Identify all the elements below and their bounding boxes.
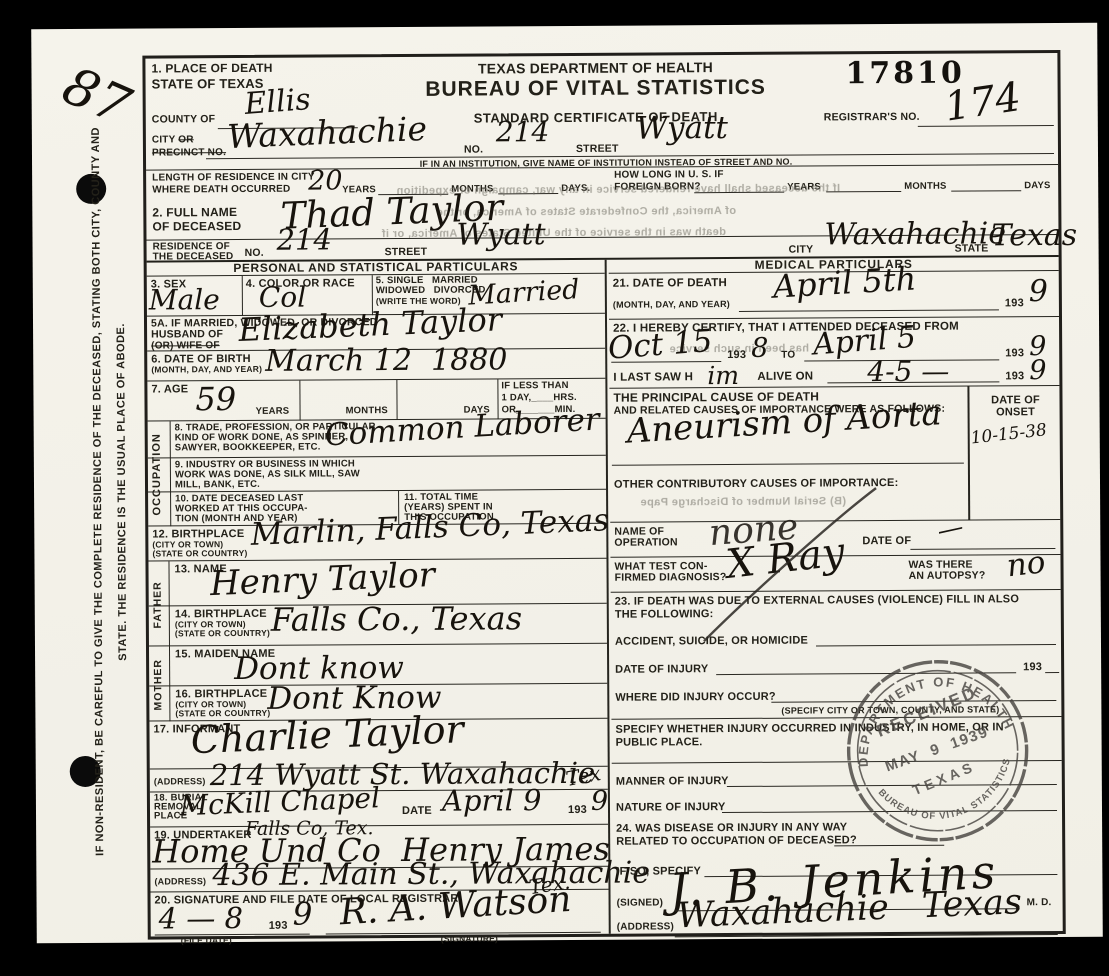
specify-line2: PUBLIC PLACE.: [616, 736, 703, 749]
burial-row: 18. BURIAL REMOVAL PLACE McKill Chapel F…: [150, 790, 608, 828]
no-label: NO.: [464, 145, 483, 157]
q24-line1: 24. WAS DISEASE OR INJURY IN ANY WAY: [616, 821, 847, 835]
dod-label: 21. DATE OF DEATH: [613, 277, 727, 291]
place-of-death-label: 1. PLACE OF DEATH: [151, 62, 272, 76]
q24-line2: RELATED TO OCCUPATION OF DECEASED?: [616, 834, 857, 848]
margin-note-line2: STATE. THE RESIDENCE IS THE USUAL PLACE …: [113, 47, 130, 937]
registrar-signature-row: 20. SIGNATURE AND FILE DATE OF LOCAL REG…: [150, 890, 608, 937]
industry-row: 9. INDUSTRY OR BUSINESS IN WHICH WORK WA…: [148, 456, 606, 493]
to-label: TO: [781, 350, 795, 361]
dob-line2: (MONTH, DAY, AND YEAR): [151, 365, 262, 375]
dod-underline: [739, 309, 999, 312]
birthplace-row: 12. BIRTHPLACE (CITY OR TOWN) (STATE OR …: [148, 524, 606, 562]
us-days-writeline: [951, 179, 1021, 191]
burial-date-label: DATE: [402, 805, 432, 817]
father-name-handwritten: Henry Taylor: [209, 558, 435, 601]
from-year-printed: 193: [727, 349, 746, 361]
to-year-printed: 193: [1005, 347, 1024, 359]
pen-stroke-mark: [688, 482, 889, 648]
dod-year-digit-handwritten: 9: [1029, 277, 1048, 307]
dob-value-handwritten: March 12 1880: [265, 345, 507, 376]
registrar-no-label: REGISTRAR'S NO.: [824, 112, 920, 124]
certificate-form: 1. PLACE OF DEATH STATE OF TEXAS TEXAS D…: [142, 50, 1065, 940]
father-bp-handwritten: Falls Co., Texas: [271, 602, 522, 636]
lastsaw-pre-label: I LAST SAW H: [613, 371, 693, 384]
date-of-death-row: 21. DATE OF DEATH (MONTH, DAY, AND YEAR)…: [609, 271, 1059, 320]
city-value-handwritten: Waxahachie: [227, 112, 428, 153]
scanned-death-certificate: 87 IF NON-RESIDENT, BE CAREFUL TO GIVE T…: [0, 0, 1109, 976]
res-no-label: NO.: [245, 248, 264, 260]
header-section: 1. PLACE OF DEATH STATE OF TEXAS TEXAS D…: [145, 53, 1058, 171]
physician-address-row: (ADDRESS) Waxahachie Texas: [613, 911, 1063, 934]
received-stamp: DEPARTMENT OF HEALTH BUREAU OF VITAL STA…: [839, 647, 1036, 854]
lastsaw-post-label: ALIVE ON: [757, 370, 813, 383]
from-underline: [611, 361, 721, 363]
res-city-label: CITY: [789, 244, 814, 256]
res-street-handwritten: Wyatt: [456, 220, 545, 251]
lastsaw-year-digit-handwritten: 9: [1029, 357, 1046, 384]
length-line2: WHERE DEATH OCCURRED: [152, 184, 290, 196]
signed-label: (SIGNED): [617, 897, 664, 908]
onset-line1: DATE OF: [969, 394, 1061, 407]
certificate-paper: 87 IF NON-RESIDENT, BE CAREFUL TO GIVE T…: [31, 23, 1103, 943]
dod-monthdayyear: (MONTH, DAY, AND YEAR): [613, 299, 730, 310]
lastsaw-year-printed: 193: [1005, 370, 1024, 382]
manner-label: MANNER OF INJURY: [616, 775, 729, 788]
house-no-handwritten: 214: [496, 118, 550, 146]
injury-date-label: DATE OF INJURY: [615, 663, 708, 676]
sex-value-handwritten: Male: [149, 286, 220, 314]
father-bp-stateorcountry: (STATE OR COUNTRY): [175, 629, 270, 639]
dod-value-handwritten: April 5th: [772, 262, 917, 302]
attended-dates-row: Oct 15 193 8 TO April 5 193 9: [609, 339, 1059, 368]
street-value-handwritten: Wyatt: [636, 113, 728, 145]
attended-from-handwritten: Oct 15: [607, 326, 714, 365]
us-months-label: MONTHS: [904, 182, 946, 193]
burial-year-printed: 193: [568, 804, 587, 816]
birthplace-stateorcountry: (STATE OR COUNTRY): [152, 549, 247, 559]
nature-label: NATURE OF INJURY: [616, 801, 726, 814]
fullname-line1: 2. FULL NAME: [152, 206, 237, 220]
certificate-title: STANDARD CERTIFICATE OF DEATH: [376, 109, 816, 126]
father-birthplace-row: 14. BIRTHPLACE (CITY OR TOWN) (STATE OR …: [149, 604, 607, 647]
date-of-onset-box: DATE OF ONSET 10-15-38: [967, 386, 1060, 521]
lastsaw-value-handwritten: 4-5 —: [867, 358, 949, 387]
physician-address-label: (ADDRESS): [617, 921, 674, 933]
spouse-value-handwritten: Elizabeth Taylor: [238, 303, 503, 346]
age-years-divider: [299, 381, 300, 421]
file-date-underline: [155, 934, 310, 936]
years-in-city-handwritten: 20: [308, 167, 343, 194]
dob-row: 6. DATE OF BIRTH (MONTH, DAY, AND YEAR) …: [147, 349, 605, 382]
where-label: WHERE DID INJURY OCCUR?: [615, 691, 776, 704]
burial-date-handwritten: April 9: [442, 786, 542, 816]
fullname-line2: OF DECEASED: [152, 220, 241, 234]
signature-caption: (SIGNATURE): [441, 934, 498, 944]
res-state-label: STATE: [955, 243, 989, 255]
from-year-digit-handwritten: 8: [751, 335, 768, 362]
us-days-label: DAYS: [1024, 181, 1050, 192]
burial-year-digit-handwritten: 9: [591, 788, 608, 815]
registrar-no-handwritten: 174: [942, 77, 1023, 128]
trade-row: 8. TRADE, PROFESSION, OR PARTICULAR KIND…: [148, 419, 606, 459]
file-date-caption: (FILE DATE): [181, 936, 232, 946]
address-writeline: [675, 923, 1058, 937]
informant-address-label: (ADDRESS): [154, 776, 206, 786]
last-saw-row: I LAST SAW H im ALIVE ON 4-5 — 193 9: [609, 365, 1059, 389]
trade-line3: SAWYER, BOOKKEEPER, ETC.: [175, 443, 321, 455]
res-street-label: STREET: [385, 247, 428, 259]
residence-line2: THE DECEASED: [153, 251, 234, 263]
autopsy-value-handwritten: no: [1005, 547, 1047, 582]
res-no-handwritten: 214: [276, 225, 332, 254]
length-line1: LENGTH OF RESIDENCE IN CITY: [152, 172, 315, 184]
onset-value-handwritten: 10-15-38: [970, 422, 1048, 447]
opdate-mark-handwritten: —: [935, 514, 966, 545]
precinct-label-struck: PRECINCT NO.: [152, 147, 226, 159]
age-less1: IF LESS THAN: [501, 381, 568, 392]
age-label: 7. AGE: [151, 383, 188, 396]
file-date-handwritten: 4 — 8: [159, 904, 244, 934]
file-year-printed: 193: [269, 920, 288, 932]
personal-column: PERSONAL AND STATISTICAL PARTICULARS 3. …: [147, 260, 611, 937]
registrar-underline: [918, 125, 1054, 127]
age-value-handwritten: 59: [195, 383, 236, 415]
autopsy-line2: AN AUTOPSY?: [909, 570, 986, 582]
city-or-struck: OR: [178, 134, 193, 145]
city-label: CITY OR: [152, 134, 194, 145]
dod-year-printed: 193: [1005, 297, 1024, 309]
undertaker-address-label: (ADDRESS): [154, 876, 206, 886]
age-years-label: YEARS: [256, 407, 290, 418]
onset-line2: ONSET: [970, 406, 1062, 419]
industry-line3: MILL, BANK, ETC.: [175, 480, 260, 491]
spouse-line3-struck: (OR) WIFE OF: [151, 340, 220, 352]
operation-line2: OPERATION: [614, 537, 678, 549]
burial-place-handwritten: McKill Chapel: [179, 784, 381, 820]
file-year-digit-handwritten: 9: [293, 900, 313, 931]
md-label: M. D.: [1027, 897, 1052, 908]
informant-handwritten: Charlie Taylor: [190, 710, 464, 759]
howlong-line1: HOW LONG IN U. S. IF: [614, 169, 724, 181]
street-label: STREET: [576, 144, 619, 156]
county-of-label: COUNTY OF: [152, 114, 216, 126]
cause-underline: [612, 463, 964, 466]
res-state-handwritten: Texas: [991, 221, 1077, 252]
lastsaw-him-handwritten: im: [707, 363, 739, 388]
bureau-title: BUREAU OF VITAL STATISTICS: [341, 75, 851, 102]
injury-year-writeline: [1045, 661, 1059, 673]
